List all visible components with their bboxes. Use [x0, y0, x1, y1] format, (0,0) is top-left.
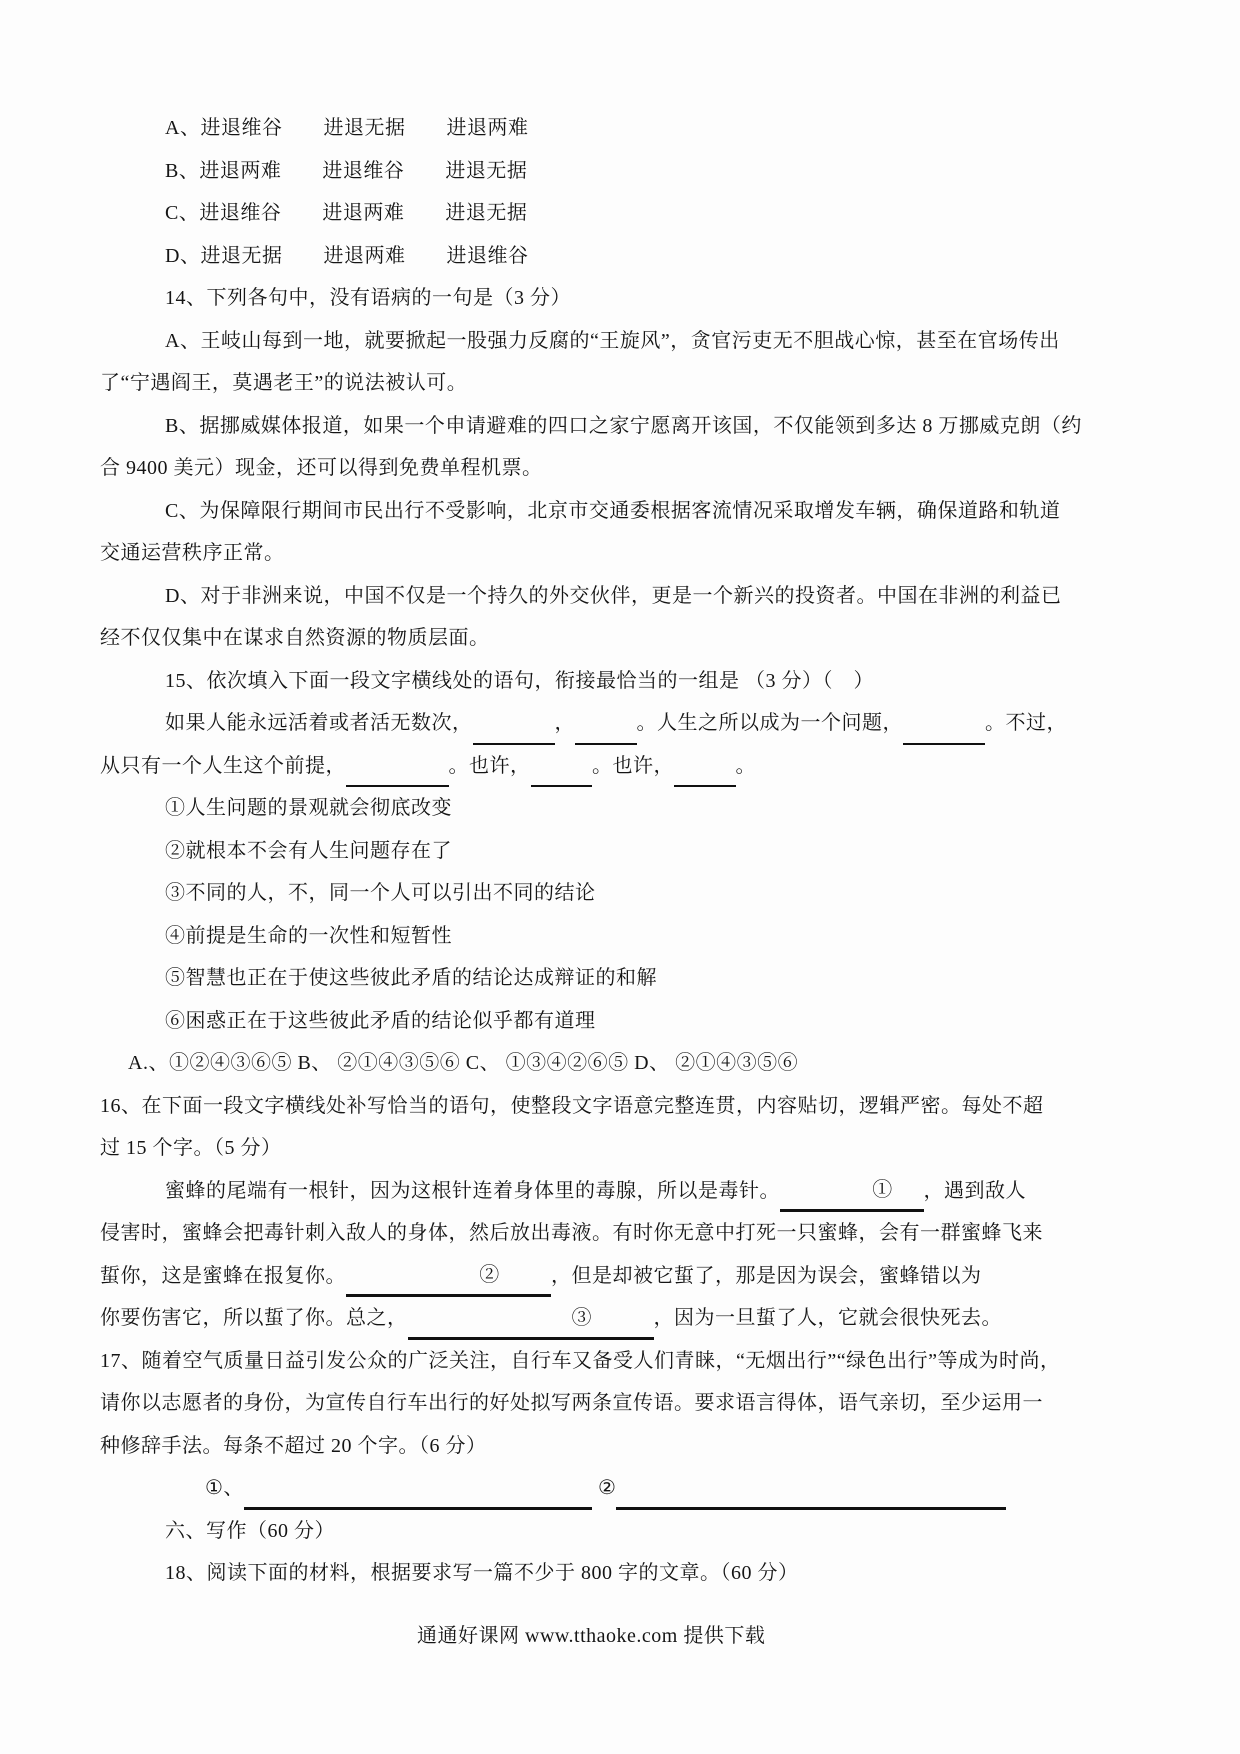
text-run: D、进退无据 进退两难 进退维谷	[165, 245, 528, 267]
text-run: ⑤智慧也正在于使这些彼此矛盾的结论达成辩证的和解	[165, 967, 657, 989]
text-run: 过 15 个字。（5 分）	[100, 1137, 282, 1159]
text-run: 侵害时，蜜蜂会把毒针刺入敌人的身体，然后放出毒液。有时你无意中打死一只蜜蜂，会有…	[100, 1222, 1043, 1244]
text-run: 经不仅仅集中在谋求自然资源的物质层面。	[100, 627, 490, 649]
text-run: 如果人能永远活着或者活无数次，	[165, 712, 473, 734]
answer-blank: ③	[408, 1299, 654, 1340]
text-line: 14、下列各句中，没有语病的一句是（3 分）	[100, 277, 1160, 320]
text-line: 六、写作（60 分）	[100, 1510, 1160, 1553]
answer-blank: ①	[780, 1171, 924, 1212]
text-line: 17、随着空气质量日益引发公众的广泛关注，自行车又备受人们青睐，“无烟出行”“绿…	[100, 1340, 1160, 1383]
text-run: 种修辞手法。每条不超过 20 个字。（6 分）	[100, 1435, 487, 1457]
text-run: 。	[736, 755, 757, 777]
text-run: ②就根本不会有人生问题存在了	[165, 840, 452, 862]
text-line: 交通运营秩序正常。	[100, 532, 1160, 575]
text-run: ②	[592, 1477, 616, 1499]
text-run: 交通运营秩序正常。	[100, 542, 285, 564]
text-run: ，但是却被它蜇了，那是因为误会，蜜蜂错以为	[551, 1265, 982, 1287]
text-line: ⑤智慧也正在于使这些彼此矛盾的结论达成辩证的和解	[100, 957, 1160, 1000]
exam-paper-page: A、进退维谷 进退无据 进退两难B、进退两难 进退维谷 进退无据C、进退维谷 进…	[0, 0, 1240, 1754]
text-run: 。也许，	[592, 755, 674, 777]
text-run: ，遇到敌人	[924, 1180, 1027, 1202]
text-run: 。也许，	[449, 755, 531, 777]
text-line: B、进退两难 进退维谷 进退无据	[100, 150, 1160, 193]
text-line: D、进退无据 进退两难 进退维谷	[100, 235, 1160, 278]
text-run: 。不过，	[985, 712, 1067, 734]
text-line: 种修辞手法。每条不超过 20 个字。（6 分）	[100, 1425, 1160, 1468]
answer-blank	[346, 747, 449, 787]
text-line: 了“宁遇阎王，莫遇老王”的说法被认可。	[100, 362, 1160, 405]
text-line: A.、①②④③⑥⑤ B、 ②①④③⑤⑥ C、 ①③④②⑥⑤ D、 ②①④③⑤⑥	[100, 1042, 1160, 1085]
text-run: 了“宁遇阎王，莫遇老王”的说法被认可。	[100, 372, 467, 394]
text-line: 蜜蜂的尾端有一根针，因为这根针连着身体里的毒腺，所以是毒针。 ① ，遇到敌人	[100, 1170, 1160, 1213]
text-run: B、进退两难 进退维谷 进退无据	[165, 160, 527, 182]
text-line: 18、阅读下面的材料，根据要求写一篇不少于 800 字的文章。（60 分）	[100, 1552, 1160, 1595]
text-run: ①人生问题的景观就会彻底改变	[165, 797, 452, 819]
text-run: 蜇你，这是蜜蜂在报复你。	[100, 1265, 346, 1287]
text-run: 14、下列各句中，没有语病的一句是（3 分）	[165, 287, 571, 309]
text-line: 侵害时，蜜蜂会把毒针刺入敌人的身体，然后放出毒液。有时你无意中打死一只蜜蜂，会有…	[100, 1212, 1160, 1255]
text-run: ⑥困惑正在于这些彼此矛盾的结论似乎都有道理	[165, 1010, 596, 1032]
answer-blank	[903, 705, 985, 745]
text-run: 16、在下面一段文字横线处补写恰当的语句，使整段文字语意完整连贯，内容贴切，逻辑…	[100, 1095, 1044, 1117]
text-line: ①人生问题的景观就会彻底改变	[100, 787, 1160, 830]
text-line: C、进退维谷 进退两难 进退无据	[100, 192, 1160, 235]
text-run: 你要伤害它，所以蜇了你。总之，	[100, 1307, 408, 1329]
text-run: 请你以志愿者的身份，为宣传自行车出行的好处拟写两条宣传语。要求语言得体，语气亲切…	[100, 1392, 1043, 1414]
text-line: ⑥困惑正在于这些彼此矛盾的结论似乎都有道理	[100, 1000, 1160, 1043]
text-line: 经不仅仅集中在谋求自然资源的物质层面。	[100, 617, 1160, 660]
text-line: 过 15 个字。（5 分）	[100, 1127, 1160, 1170]
text-run: ，因为一旦蜇了人，它就会很快死去。	[654, 1307, 1003, 1329]
text-line: A、进退维谷 进退无据 进退两难	[100, 107, 1160, 150]
text-run: ④前提是生命的一次性和短暂性	[165, 925, 452, 947]
text-line: ③不同的人，不，同一个人可以引出不同的结论	[100, 872, 1160, 915]
text-run: 15、依次填入下面一段文字横线处的语句，衔接最恰当的一组是 （3 分）（ ）	[165, 670, 874, 692]
text-run: 蜜蜂的尾端有一根针，因为这根针连着身体里的毒腺，所以是毒针。	[165, 1180, 780, 1202]
text-run: C、进退维谷 进退两难 进退无据	[165, 202, 527, 224]
text-run: 合 9400 美元）现金，还可以得到免费单程机票。	[100, 457, 543, 479]
text-run: ①、	[205, 1477, 244, 1499]
text-line: 16、在下面一段文字横线处补写恰当的语句，使整段文字语意完整连贯，内容贴切，逻辑…	[100, 1085, 1160, 1128]
text-run: 从只有一个人生这个前提，	[100, 755, 346, 777]
text-line: ④前提是生命的一次性和短暂性	[100, 915, 1160, 958]
answer-blank	[616, 1469, 1006, 1510]
text-line: 从只有一个人生这个前提， 。也许， 。也许， 。	[100, 745, 1160, 788]
text-line: B、据挪威媒体报道，如果一个申请避难的四口之家宁愿离开该国，不仅能领到多达 8 …	[100, 405, 1160, 448]
text-run: C、为保障限行期间市民出行不受影响，北京市交通委根据客流情况采取增发车辆，确保道…	[165, 500, 1060, 522]
page-footer: 通通好课网 www.tthaoke.com 提供下载	[100, 1615, 1160, 1658]
text-line: 15、依次填入下面一段文字横线处的语句，衔接最恰当的一组是 （3 分）（ ）	[100, 660, 1160, 703]
answer-blank: ②	[346, 1256, 551, 1297]
answer-blank	[674, 747, 736, 787]
text-run: A、王岐山每到一地，就要掀起一股强力反腐的“王旋风”，贪官污吏无不胆战心惊，甚至…	[165, 330, 1060, 352]
text-line: 合 9400 美元）现金，还可以得到免费单程机票。	[100, 447, 1160, 490]
text-line: 如果人能永远活着或者活无数次， ， 。人生之所以成为一个问题， 。不过，	[100, 702, 1160, 745]
text-run: 。人生之所以成为一个问题，	[637, 712, 904, 734]
text-run: A.、①②④③⑥⑤ B、 ②①④③⑤⑥ C、 ①③④②⑥⑤ D、 ②①④③⑤⑥	[128, 1052, 798, 1074]
answer-blank	[531, 747, 593, 787]
text-line: ①、 ②	[100, 1467, 1160, 1510]
text-run: 六、写作（60 分）	[165, 1520, 335, 1542]
text-line: 蜇你，这是蜜蜂在报复你。 ② ，但是却被它蜇了，那是因为误会，蜜蜂错以为	[100, 1255, 1160, 1298]
answer-blank	[244, 1469, 593, 1510]
text-run: 18、阅读下面的材料，根据要求写一篇不少于 800 字的文章。（60 分）	[165, 1562, 799, 1584]
text-run: 17、随着空气质量日益引发公众的广泛关注，自行车又备受人们青睐，“无烟出行”“绿…	[100, 1350, 1061, 1372]
answer-blank	[575, 705, 637, 745]
text-line: ②就根本不会有人生问题存在了	[100, 830, 1160, 873]
document-body: A、进退维谷 进退无据 进退两难B、进退两难 进退维谷 进退无据C、进退维谷 进…	[100, 0, 1160, 1657]
text-run: A、进退维谷 进退无据 进退两难	[165, 117, 528, 139]
text-run: ③不同的人，不，同一个人可以引出不同的结论	[165, 882, 596, 904]
text-line: 你要伤害它，所以蜇了你。总之， ③ ，因为一旦蜇了人，它就会很快死去。	[100, 1297, 1160, 1340]
text-line: A、王岐山每到一地，就要掀起一股强力反腐的“王旋风”，贪官污吏无不胆战心惊，甚至…	[100, 320, 1160, 363]
text-run: ，	[555, 712, 576, 734]
text-line: 请你以志愿者的身份，为宣传自行车出行的好处拟写两条宣传语。要求语言得体，语气亲切…	[100, 1382, 1160, 1425]
text-run: D、对于非洲来说，中国不仅是一个持久的外交伙伴，更是一个新兴的投资者。中国在非洲…	[165, 585, 1061, 607]
text-run: B、据挪威媒体报道，如果一个申请避难的四口之家宁愿离开该国，不仅能领到多达 8 …	[165, 415, 1082, 437]
text-line: C、为保障限行期间市民出行不受影响，北京市交通委根据客流情况采取增发车辆，确保道…	[100, 490, 1160, 533]
answer-blank	[473, 705, 555, 745]
text-line: D、对于非洲来说，中国不仅是一个持久的外交伙伴，更是一个新兴的投资者。中国在非洲…	[100, 575, 1160, 618]
